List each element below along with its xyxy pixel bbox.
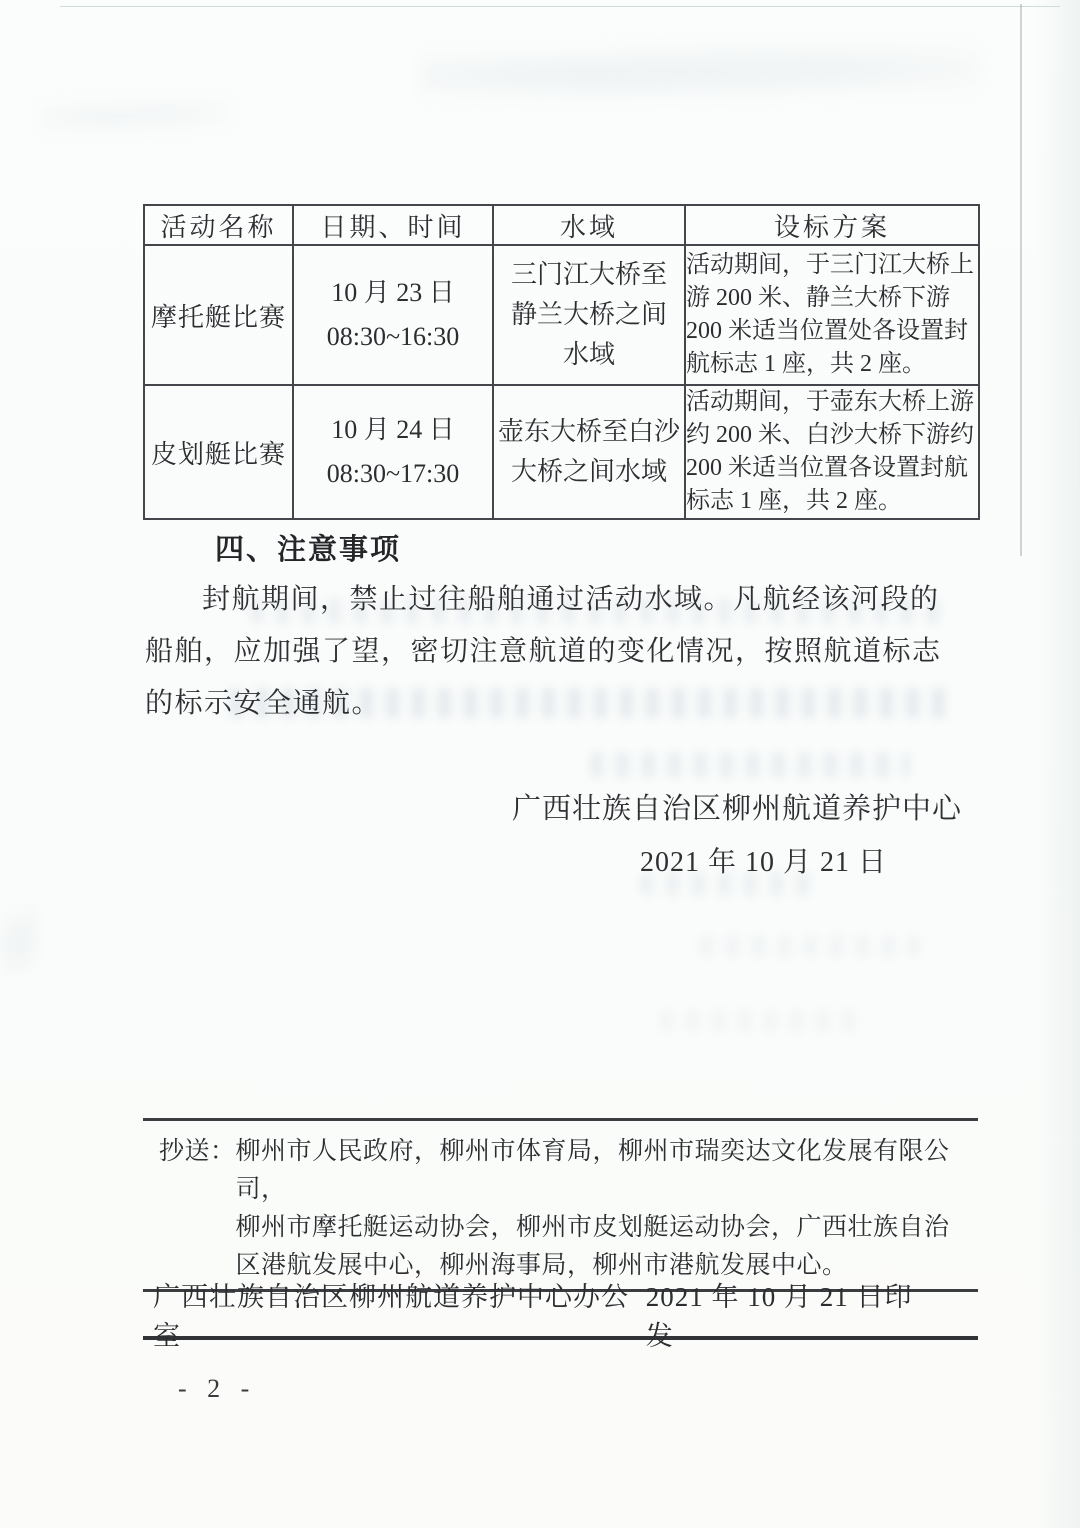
cell-plan-motorboat: 活动期间，于三门江大桥上 游 200 米、静兰大桥下游 200 米适当位置处各设… (685, 245, 979, 385)
scan-right-edge-line (1020, 4, 1022, 556)
cell-water-kayak: 壶东大桥至白沙 大桥之间水域 (493, 385, 685, 519)
bleedthrough-smudge (420, 40, 980, 110)
document-footer: 抄送： 柳州市人民政府，柳州市体育局，柳州市瑞奕达文化发展有限公司， 柳州市摩托… (143, 1118, 978, 1340)
activity-table: 活动名称 日期、时间 水域 设标方案 摩托艇比赛 10 月 23 日 08:30… (143, 204, 980, 520)
cell-datetime-motorboat: 10 月 23 日 08:30~16:30 (293, 245, 493, 385)
print-date: 2021 年 10 月 21 日印发 (646, 1275, 934, 1353)
table-row: 摩托艇比赛 10 月 23 日 08:30~16:30 三门江大桥至 静兰大桥之… (144, 245, 979, 385)
cell-datetime-kayak: 10 月 24 日 08:30~17:30 (293, 385, 493, 519)
cell-water-motorboat: 三门江大桥至 静兰大桥之间 水域 (493, 245, 685, 385)
bleedthrough-text-line (660, 1010, 860, 1032)
signature-date: 2021 年 10 月 21 日 (640, 840, 887, 880)
header-water-area: 水域 (493, 205, 685, 245)
cc-recipients: 柳州市人民政府，柳州市体育局，柳州市瑞奕达文化发展有限公司， 柳州市摩托艇运动协… (236, 1133, 978, 1285)
signature-issuer: 广西壮族自治区柳州航道养护中心 (512, 786, 962, 827)
cell-activity-motorboat: 摩托艇比赛 (144, 245, 293, 385)
cc-section: 抄送： 柳州市人民政府，柳州市体育局，柳州市瑞奕达文化发展有限公司， 柳州市摩托… (143, 1121, 978, 1285)
scanned-document-page: 活动名称 日期、时间 水域 设标方案 摩托艇比赛 10 月 23 日 08:30… (0, 0, 1080, 1528)
bleedthrough-smudge (40, 95, 230, 140)
table-row: 皮划艇比赛 10 月 24 日 08:30~17:30 壶东大桥至白沙 大桥之间… (144, 385, 979, 519)
cell-plan-kayak: 活动期间，于壶东大桥上游 约 200 米、白沙大桥下游约 200 米适当位置各设… (685, 385, 979, 519)
section-heading-notes: 四、注意事项 (215, 527, 401, 568)
bleedthrough-text-line (590, 752, 910, 778)
bleedthrough-text-line (700, 935, 920, 957)
header-marking-plan: 设标方案 (685, 205, 979, 245)
page-number: - 2 - (178, 1374, 251, 1404)
scan-top-edge (60, 6, 1060, 7)
issuing-row: 广西壮族自治区柳州航道养护中心办公室 2021 年 10 月 21 日印发 (143, 1292, 978, 1336)
header-date-time: 日期、时间 (293, 205, 493, 245)
cc-label: 抄送： (159, 1133, 236, 1171)
cell-activity-kayak: 皮划艇比赛 (144, 385, 293, 519)
table-header-row: 活动名称 日期、时间 水域 设标方案 (144, 205, 979, 245)
scan-right-shade (1036, 0, 1080, 1528)
notes-paragraph: 封航期间，禁止过往船舶通过活动水域。凡航经该河段的 船舶，应加强了望，密切注意航… (145, 574, 985, 730)
header-activity-name: 活动名称 (144, 205, 293, 245)
scan-edge-mark (0, 900, 40, 990)
issuing-office: 广西壮族自治区柳州航道养护中心办公室 (153, 1275, 646, 1353)
